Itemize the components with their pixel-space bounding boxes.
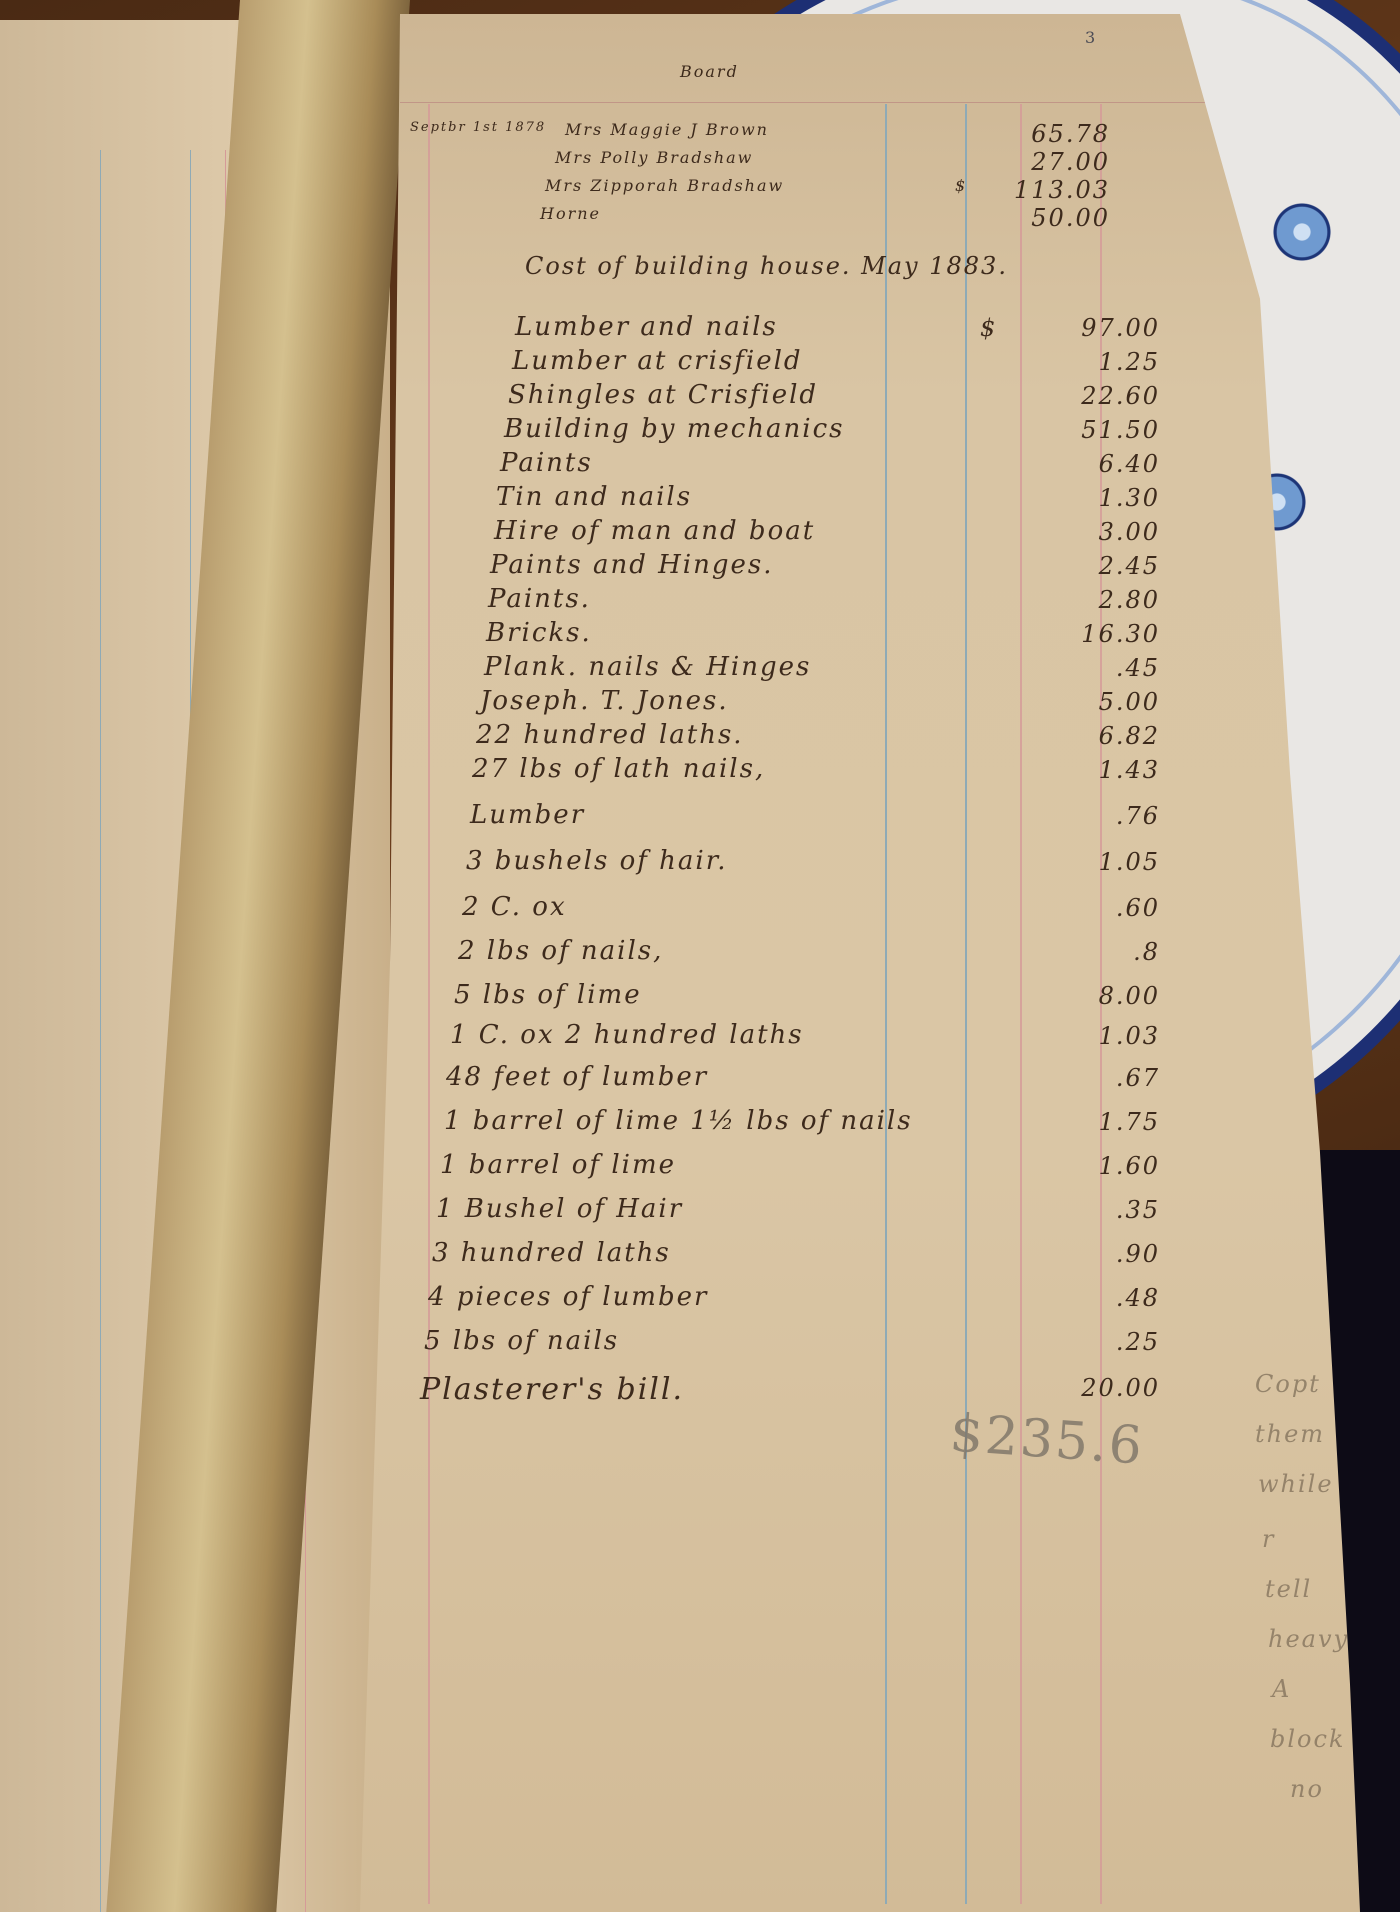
entry-description: 1 C. ox 2 hundred laths xyxy=(450,1020,804,1050)
entry-description: Joseph. T. Jones. xyxy=(480,686,729,716)
entry-amount: 16.30 xyxy=(1040,620,1160,648)
entry-amount: .90 xyxy=(1040,1240,1160,1268)
entry-amount: .67 xyxy=(1040,1064,1160,1092)
entry-amount: .25 xyxy=(1040,1328,1160,1356)
entry-amount: 5.00 xyxy=(1040,688,1160,716)
entry-description: Tin and nails xyxy=(496,482,692,512)
margin-note: no xyxy=(1290,1775,1324,1803)
board-entry-description: Horne xyxy=(540,204,601,223)
entry-amount: 8.00 xyxy=(1040,982,1160,1010)
entry-amount: 1.25 xyxy=(1040,348,1160,376)
entry-amount: 1.43 xyxy=(1040,756,1160,784)
entry-description: Shingles at Crisfield xyxy=(508,380,818,410)
entry-amount: 2.45 xyxy=(1040,552,1160,580)
entry-description: 2 C. ox xyxy=(462,892,567,922)
entry-description: Plasterer's bill. xyxy=(420,1372,684,1407)
plate-flower-icon xyxy=(1270,200,1334,264)
entry-description: Hire of man and boat xyxy=(494,516,815,546)
entry-amount: .76 xyxy=(1040,802,1160,830)
entry-amount: 1.75 xyxy=(1040,1108,1160,1136)
board-entry-description: Mrs Maggie J Brown xyxy=(565,120,769,139)
entry-description: 1 barrel of lime xyxy=(440,1150,676,1180)
entry-amount: 6.40 xyxy=(1040,450,1160,478)
page-number: 3 xyxy=(1085,28,1097,47)
entry-amount: 97.00 xyxy=(1040,314,1160,342)
entry-description: Building by mechanics xyxy=(504,414,845,444)
entry-description: 2 lbs of nails, xyxy=(458,936,663,966)
entry-amount: .45 xyxy=(1040,654,1160,682)
board-entry-amount: 113.03 xyxy=(990,176,1110,204)
board-entry-amount: 65.78 xyxy=(990,120,1110,148)
margin-note: heavy xyxy=(1268,1625,1349,1653)
dollar-marker: $ xyxy=(980,314,997,342)
entry-description: Lumber and nails xyxy=(515,312,778,342)
entry-description: 22 hundred laths. xyxy=(476,720,744,750)
rule-line xyxy=(100,150,101,1912)
entry-amount: 22.60 xyxy=(1040,382,1160,410)
rule-line xyxy=(885,104,887,1904)
entry-description: 5 lbs of nails xyxy=(424,1326,619,1356)
entry-amount: 1.05 xyxy=(1040,848,1160,876)
dollar-marker: $ xyxy=(955,176,967,195)
margin-note: r xyxy=(1262,1525,1275,1553)
entry-amount: 3.00 xyxy=(1040,518,1160,546)
entry-description: 3 hundred laths xyxy=(432,1238,671,1268)
entry-description: Paints. xyxy=(488,584,591,614)
entry-amount: 1.03 xyxy=(1040,1022,1160,1050)
entry-amount: 6.82 xyxy=(1040,722,1160,750)
entry-description: Bricks. xyxy=(486,618,592,648)
entry-description: 4 pieces of lumber xyxy=(428,1282,708,1312)
entry-description: 5 lbs of lime xyxy=(454,980,642,1010)
page-title: Board xyxy=(680,62,739,81)
entry-amount: .48 xyxy=(1040,1284,1160,1312)
entry-description: Paints and Hinges. xyxy=(490,550,773,580)
margin-note: block xyxy=(1270,1725,1345,1753)
entry-description: Lumber at crisfield xyxy=(512,346,803,376)
entry-amount: 1.30 xyxy=(1040,484,1160,512)
entry-description: Plank. nails & Hinges xyxy=(484,652,811,682)
entry-description: Paints xyxy=(500,448,593,478)
board-entry-amount: 27.00 xyxy=(990,148,1110,176)
entry-description: 48 feet of lumber xyxy=(446,1062,708,1092)
margin-note: them xyxy=(1255,1420,1325,1448)
entry-amount: 2.80 xyxy=(1040,586,1160,614)
section-heading: Cost of building house. May 1883. xyxy=(525,252,1008,280)
margin-note: Copt xyxy=(1255,1370,1321,1398)
entry-amount: 20.00 xyxy=(1040,1374,1160,1402)
board-entry-amount: 50.00 xyxy=(990,204,1110,232)
header-rule xyxy=(400,102,1300,103)
entry-amount: .35 xyxy=(1040,1196,1160,1224)
entry-description: 1 barrel of lime 1½ lbs of nails xyxy=(444,1106,913,1136)
margin-note: while xyxy=(1258,1470,1334,1498)
entry-amount: .60 xyxy=(1040,894,1160,922)
entry-amount: 51.50 xyxy=(1040,416,1160,444)
rule-line xyxy=(965,104,967,1904)
entry-amount: 1.60 xyxy=(1040,1152,1160,1180)
entry-amount: .8 xyxy=(1040,938,1160,966)
entry-description: 27 lbs of lath nails, xyxy=(472,754,765,784)
rule-line xyxy=(428,104,430,1904)
board-entry-description: Mrs Zipporah Bradshaw xyxy=(545,176,784,195)
margin-note: A xyxy=(1272,1675,1291,1703)
rule-line xyxy=(1020,104,1022,1904)
entry-description: Lumber xyxy=(470,800,585,830)
entry-description: 3 bushels of hair. xyxy=(466,846,728,876)
margin-note: tell xyxy=(1265,1575,1312,1603)
entry-description: 1 Bushel of Hair xyxy=(436,1194,683,1224)
board-entry-description: Mrs Polly Bradshaw xyxy=(555,148,753,167)
board-date: Septbr 1st 1878 xyxy=(410,120,546,135)
